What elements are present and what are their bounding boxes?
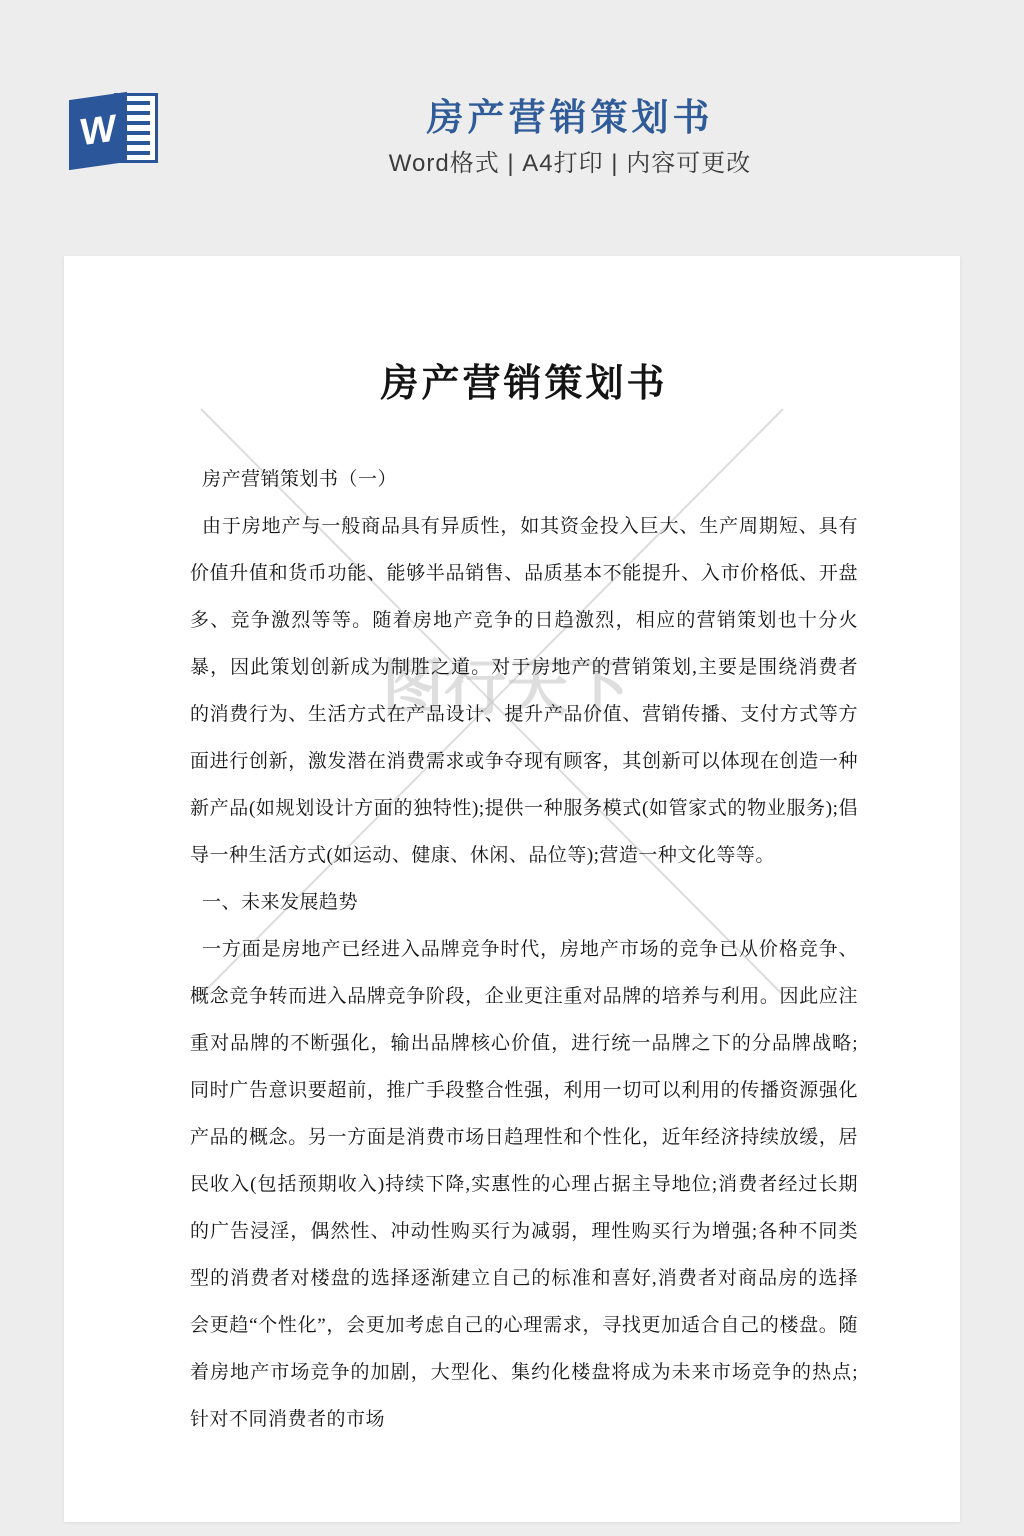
- document-paragraph: 一、未来发展趋势: [190, 879, 858, 926]
- document-body: 房产营销策划书（一）由于房地产与一般商品具有异质性，如其资金投入巨大、生产周期短…: [190, 456, 858, 1443]
- preview-header: W 房产营销策划书 Word格式 | A4打印 | 内容可更改: [0, 0, 1024, 256]
- document-paragraph: 房产营销策划书（一）: [190, 456, 858, 503]
- word-icon-letter: W: [69, 92, 127, 170]
- word-icon: W: [64, 84, 162, 176]
- template-preview-page: { "header": { "icon": "word-icon", "icon…: [0, 0, 1024, 1536]
- document-paragraph: 由于房地产与一般商品具有异质性，如其资金投入巨大、生产周期短、具有价值升值和货币…: [190, 503, 858, 879]
- document-paragraph: 一方面是房地产已经进入品牌竞争时代，房地产市场的竞争已从价格竞争、概念竞争转而进…: [190, 926, 858, 1443]
- template-subtitle: Word格式 | A4打印 | 内容可更改: [160, 146, 980, 182]
- document-page: 图行天下 房产营销策划书 房产营销策划书（一）由于房地产与一般商品具有异质性，如…: [64, 256, 960, 1522]
- header-text-block: 房产营销策划书 Word格式 | A4打印 | 内容可更改: [160, 92, 980, 182]
- document-title: 房产营销策划书: [190, 356, 858, 412]
- template-title: 房产营销策划书: [160, 92, 980, 144]
